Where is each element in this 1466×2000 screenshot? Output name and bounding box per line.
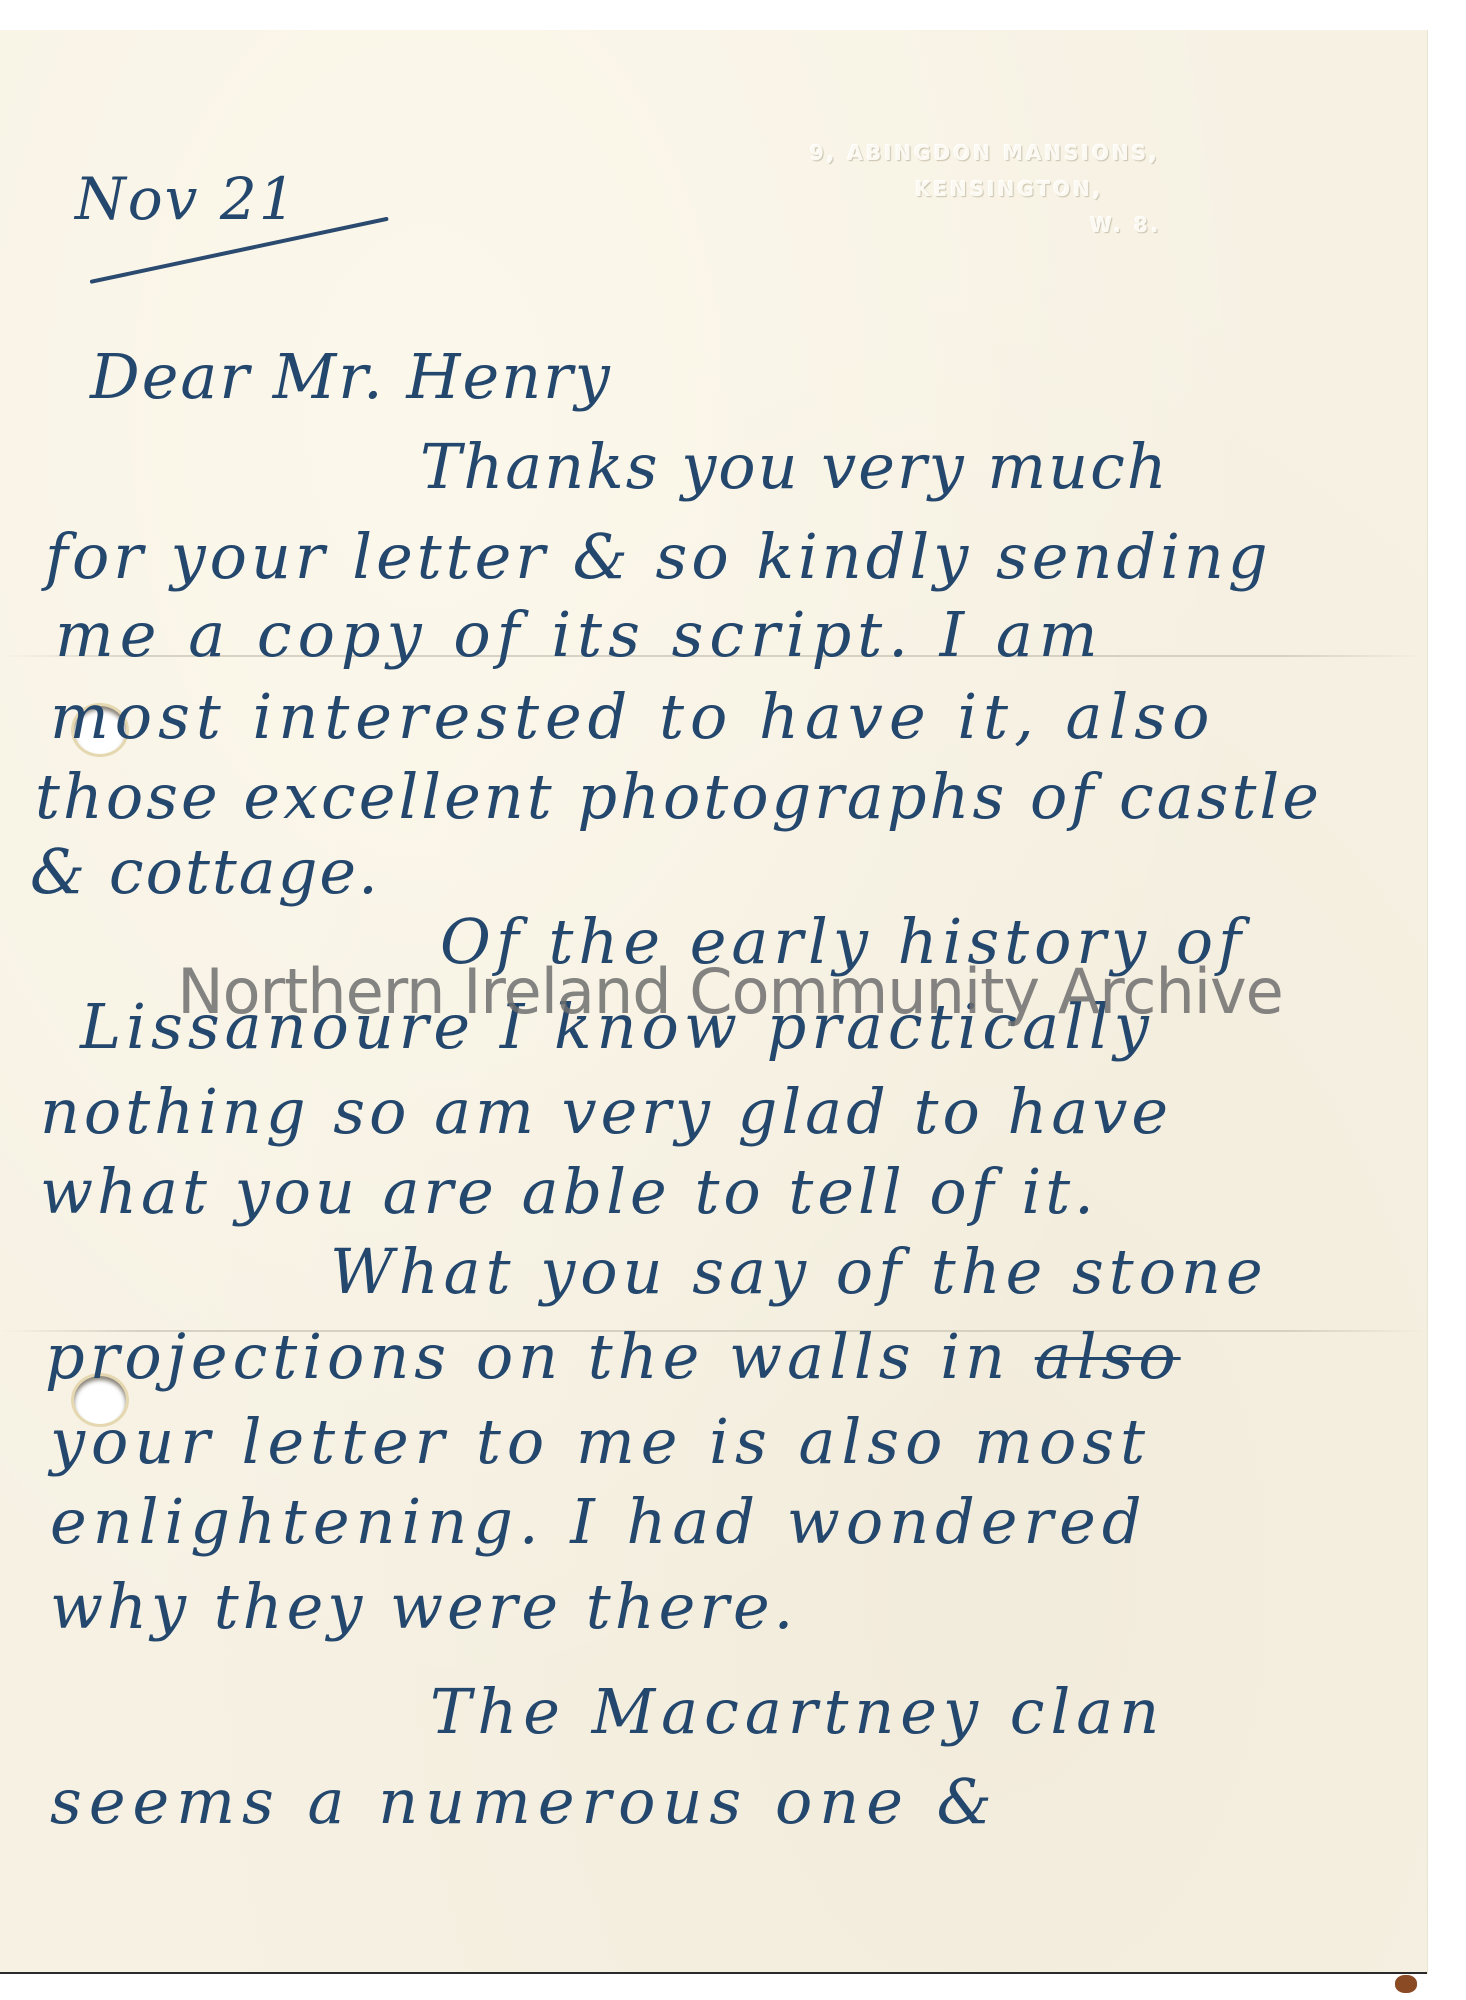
letterhead-address-line-2: KENSINGTON, bbox=[810, 171, 1280, 207]
letterhead-postcode: W. 8. bbox=[810, 207, 1280, 243]
body-line-16: The Macartney clan bbox=[430, 1675, 1165, 1748]
body-line-12: projections on the walls in also bbox=[45, 1320, 1181, 1393]
body-line-5: those excellent photographs of castle bbox=[35, 760, 1322, 833]
body-line-1: Thanks you very much bbox=[420, 430, 1169, 503]
letter-date: Nov 21 bbox=[75, 165, 298, 233]
body-line-13: your letter to me is also most bbox=[50, 1405, 1151, 1478]
letterhead-address-line-1: 9, ABINGDON MANSIONS, bbox=[810, 135, 1280, 171]
body-line-15: why they were there. bbox=[50, 1570, 797, 1643]
body-line-17: seems a numerous one & bbox=[50, 1765, 999, 1838]
letter-salutation: Dear Mr. Henry bbox=[90, 340, 612, 413]
embossed-letterhead: 9, ABINGDON MANSIONS, KENSINGTON, W. 8. bbox=[810, 135, 1280, 243]
paper-debris-mark bbox=[1395, 1975, 1417, 1993]
struck-out-word: also bbox=[1035, 1320, 1181, 1393]
archive-watermark: Northern Ireland Community Archive bbox=[145, 955, 1315, 1028]
body-line-6: & cottage. bbox=[30, 835, 380, 908]
body-line-2: for your letter & so kindly sending bbox=[45, 520, 1272, 593]
body-line-12-text: projections on the walls in bbox=[45, 1320, 1010, 1393]
body-line-11: What you say of the stone bbox=[330, 1235, 1268, 1308]
body-line-3: me a copy of its script. I am bbox=[55, 598, 1104, 671]
body-line-4: most interested to have it, also bbox=[50, 680, 1215, 753]
body-line-10: what you are able to tell of it. bbox=[40, 1155, 1098, 1228]
body-line-9: nothing so am very glad to have bbox=[40, 1075, 1172, 1148]
body-line-14: enlightening. I had wondered bbox=[50, 1485, 1148, 1558]
